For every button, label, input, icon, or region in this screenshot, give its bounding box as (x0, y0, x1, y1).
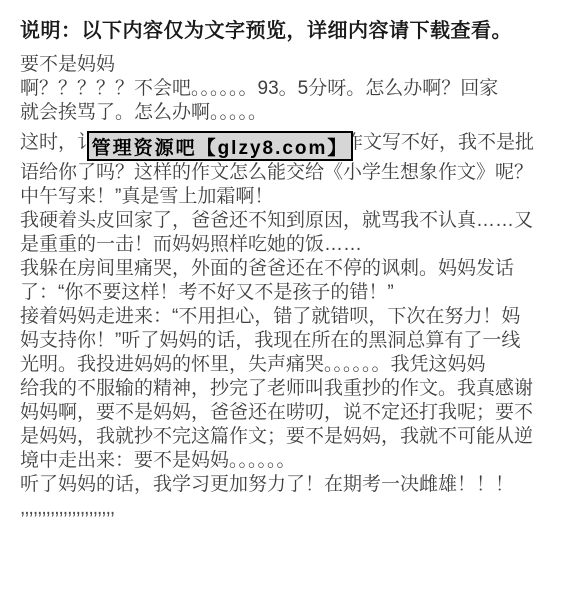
text-fragment-right: 作文写不好，我不是批 (344, 125, 534, 161)
text-line: 了：“你不要这样！考不好又不是孩子的错！” (20, 281, 568, 305)
notice-text: 说明：以下内容仅为文字预览，详细内容请下载查看。 (20, 14, 512, 43)
text-line: 接着妈妈走进来：“不用担心，错了就错呗，下次在努力！妈 (20, 305, 568, 329)
text-line: 听了妈妈的话，我学习更加努力了！在期考一决雌雄！！！ (20, 473, 568, 497)
watermark-badge: 管理资源吧【glzy8.com】 (87, 131, 353, 161)
text-line: 要不是妈妈 (20, 53, 568, 77)
text-line: 是重重的一击！而妈妈照样吃她的饭…… (20, 233, 568, 257)
text-line: 妈妈啊，要不是妈妈，爸爸还在唠叨，说不定还打我呢；要不 (20, 401, 568, 425)
text-line: 就会挨骂了。怎么办啊。。。。。 (20, 101, 568, 125)
text-line: 给我的不服输的精神，抄完了老师叫我重抄的作文。我真感谢 (20, 377, 568, 401)
text-line: 光明。我投进妈妈的怀里，失声痛哭。。。。。。我凭这妈妈 (20, 353, 568, 377)
watermark-text: 管理资源吧【glzy8.com】 (92, 133, 349, 160)
text-line: 中午写来！”真是雪上加霜啊！ (20, 185, 568, 209)
text-line: 啊？？？？？不会吧。。。。。。93。5分呀。怎么办啊？回家 (20, 77, 568, 101)
text-line: 我硬着头皮回家了，爸爸还不知到原因，就骂我不认真……又 (20, 209, 568, 233)
preview-page: 说明：以下内容仅为文字预览，详细内容请下载查看。 要不是妈妈 啊？？？？？不会吧… (0, 0, 578, 600)
text-fragment-left: 这时，讠 (20, 132, 96, 153)
text-line: 妈支持你！”听了妈妈的话，我现在所在的黑洞总算有了一线 (20, 329, 568, 353)
text-line: 境中走出来：要不是妈妈。。。。。。 (20, 449, 568, 473)
text-line: 语给你了吗？这样的作文怎么能交给《小学生想象作文》呢？ (20, 161, 568, 185)
text-line: 我躲在房间里痛哭，外面的爸爸还在不停的讽刺。妈妈发话 (20, 257, 568, 281)
text-line: 是妈妈，我就抄不完这篇作文；要不是妈妈，我就不可能从逆 (20, 425, 568, 449)
preview-content: 要不是妈妈 啊？？？？？不会吧。。。。。。93。5分呀。怎么办啊？回家 就会挨骂… (20, 53, 568, 521)
truncation-dots-line: ,,,,,,,,,,,,,,,,,,,,,, (20, 497, 568, 521)
